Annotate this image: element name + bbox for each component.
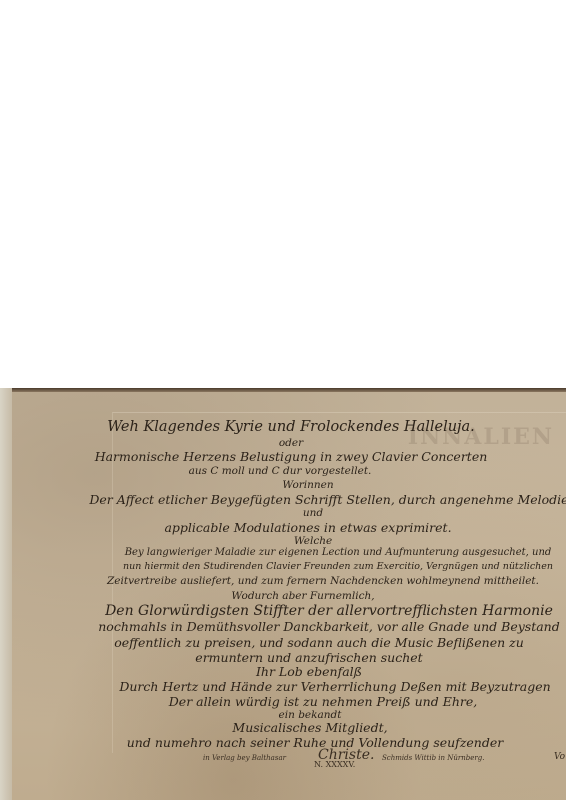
imprint-left: in Verlag bey Balthasar <box>203 754 286 762</box>
body-line-9: ermuntern und anzufrischen suchet <box>26 650 566 665</box>
title-line-2: Harmonische Herzens Belustigung in zwey … <box>8 449 566 464</box>
imprint-number: N. XXXXV. <box>314 760 355 769</box>
title-line-1: Weh Klagendes Kyrie und Frolockendes Hal… <box>8 419 566 435</box>
title-line-3: aus C moll und C dur vorgestellet. <box>0 465 563 477</box>
body-line-4: nun hiermit den Studirenden Clavier Freu… <box>55 561 566 572</box>
body-line-15: und numehro nach seiner Ruhe und Vollend… <box>32 735 566 750</box>
body-line-1: Der Affect etlicher Beygefügten Schrifft… <box>50 492 566 507</box>
imprint-right: Schmids Wittib in Nürnberg. <box>382 754 484 762</box>
body-line-11: Durch Hertz und Hände zur Verherrlichung… <box>52 679 566 694</box>
heading-wodurch: Wodurch aber Furnemlich, <box>20 590 566 602</box>
body-line-8: oeffentlich zu preisen, und sodann auch … <box>36 635 566 650</box>
heading-welche: Welche <box>30 535 566 547</box>
body-line-10: Ihr Lob ebenfalß <box>26 664 566 679</box>
body-line-2: applicable Modulationes in etwas exprimi… <box>25 520 566 535</box>
body-line-14: Musicalisches Mitgliedt, <box>27 720 566 735</box>
heading-worinnen: Worinnen <box>25 479 566 491</box>
body-line-7: nochmahls in Demüthsvoller Danckbarkeit,… <box>46 619 566 634</box>
body-line-12: Der allein würdig ist zu nehmen Preiß un… <box>40 694 566 709</box>
imprint-edge: Vo <box>554 752 565 762</box>
body-line-und: und <box>30 507 566 519</box>
body-line-3: Bey langwieriger Maladie zur eigenen Lec… <box>55 547 566 558</box>
body-line-6: Den Glorwürdigsten Stiffter der allervor… <box>46 603 566 619</box>
imprint-line: in Verlag bey Balthasar Christe. N. XXXX… <box>0 750 566 770</box>
body-line-5: Zeitvertreibe ausliefert, und zum ferner… <box>40 575 566 587</box>
title-line-oder: oder <box>8 437 566 449</box>
